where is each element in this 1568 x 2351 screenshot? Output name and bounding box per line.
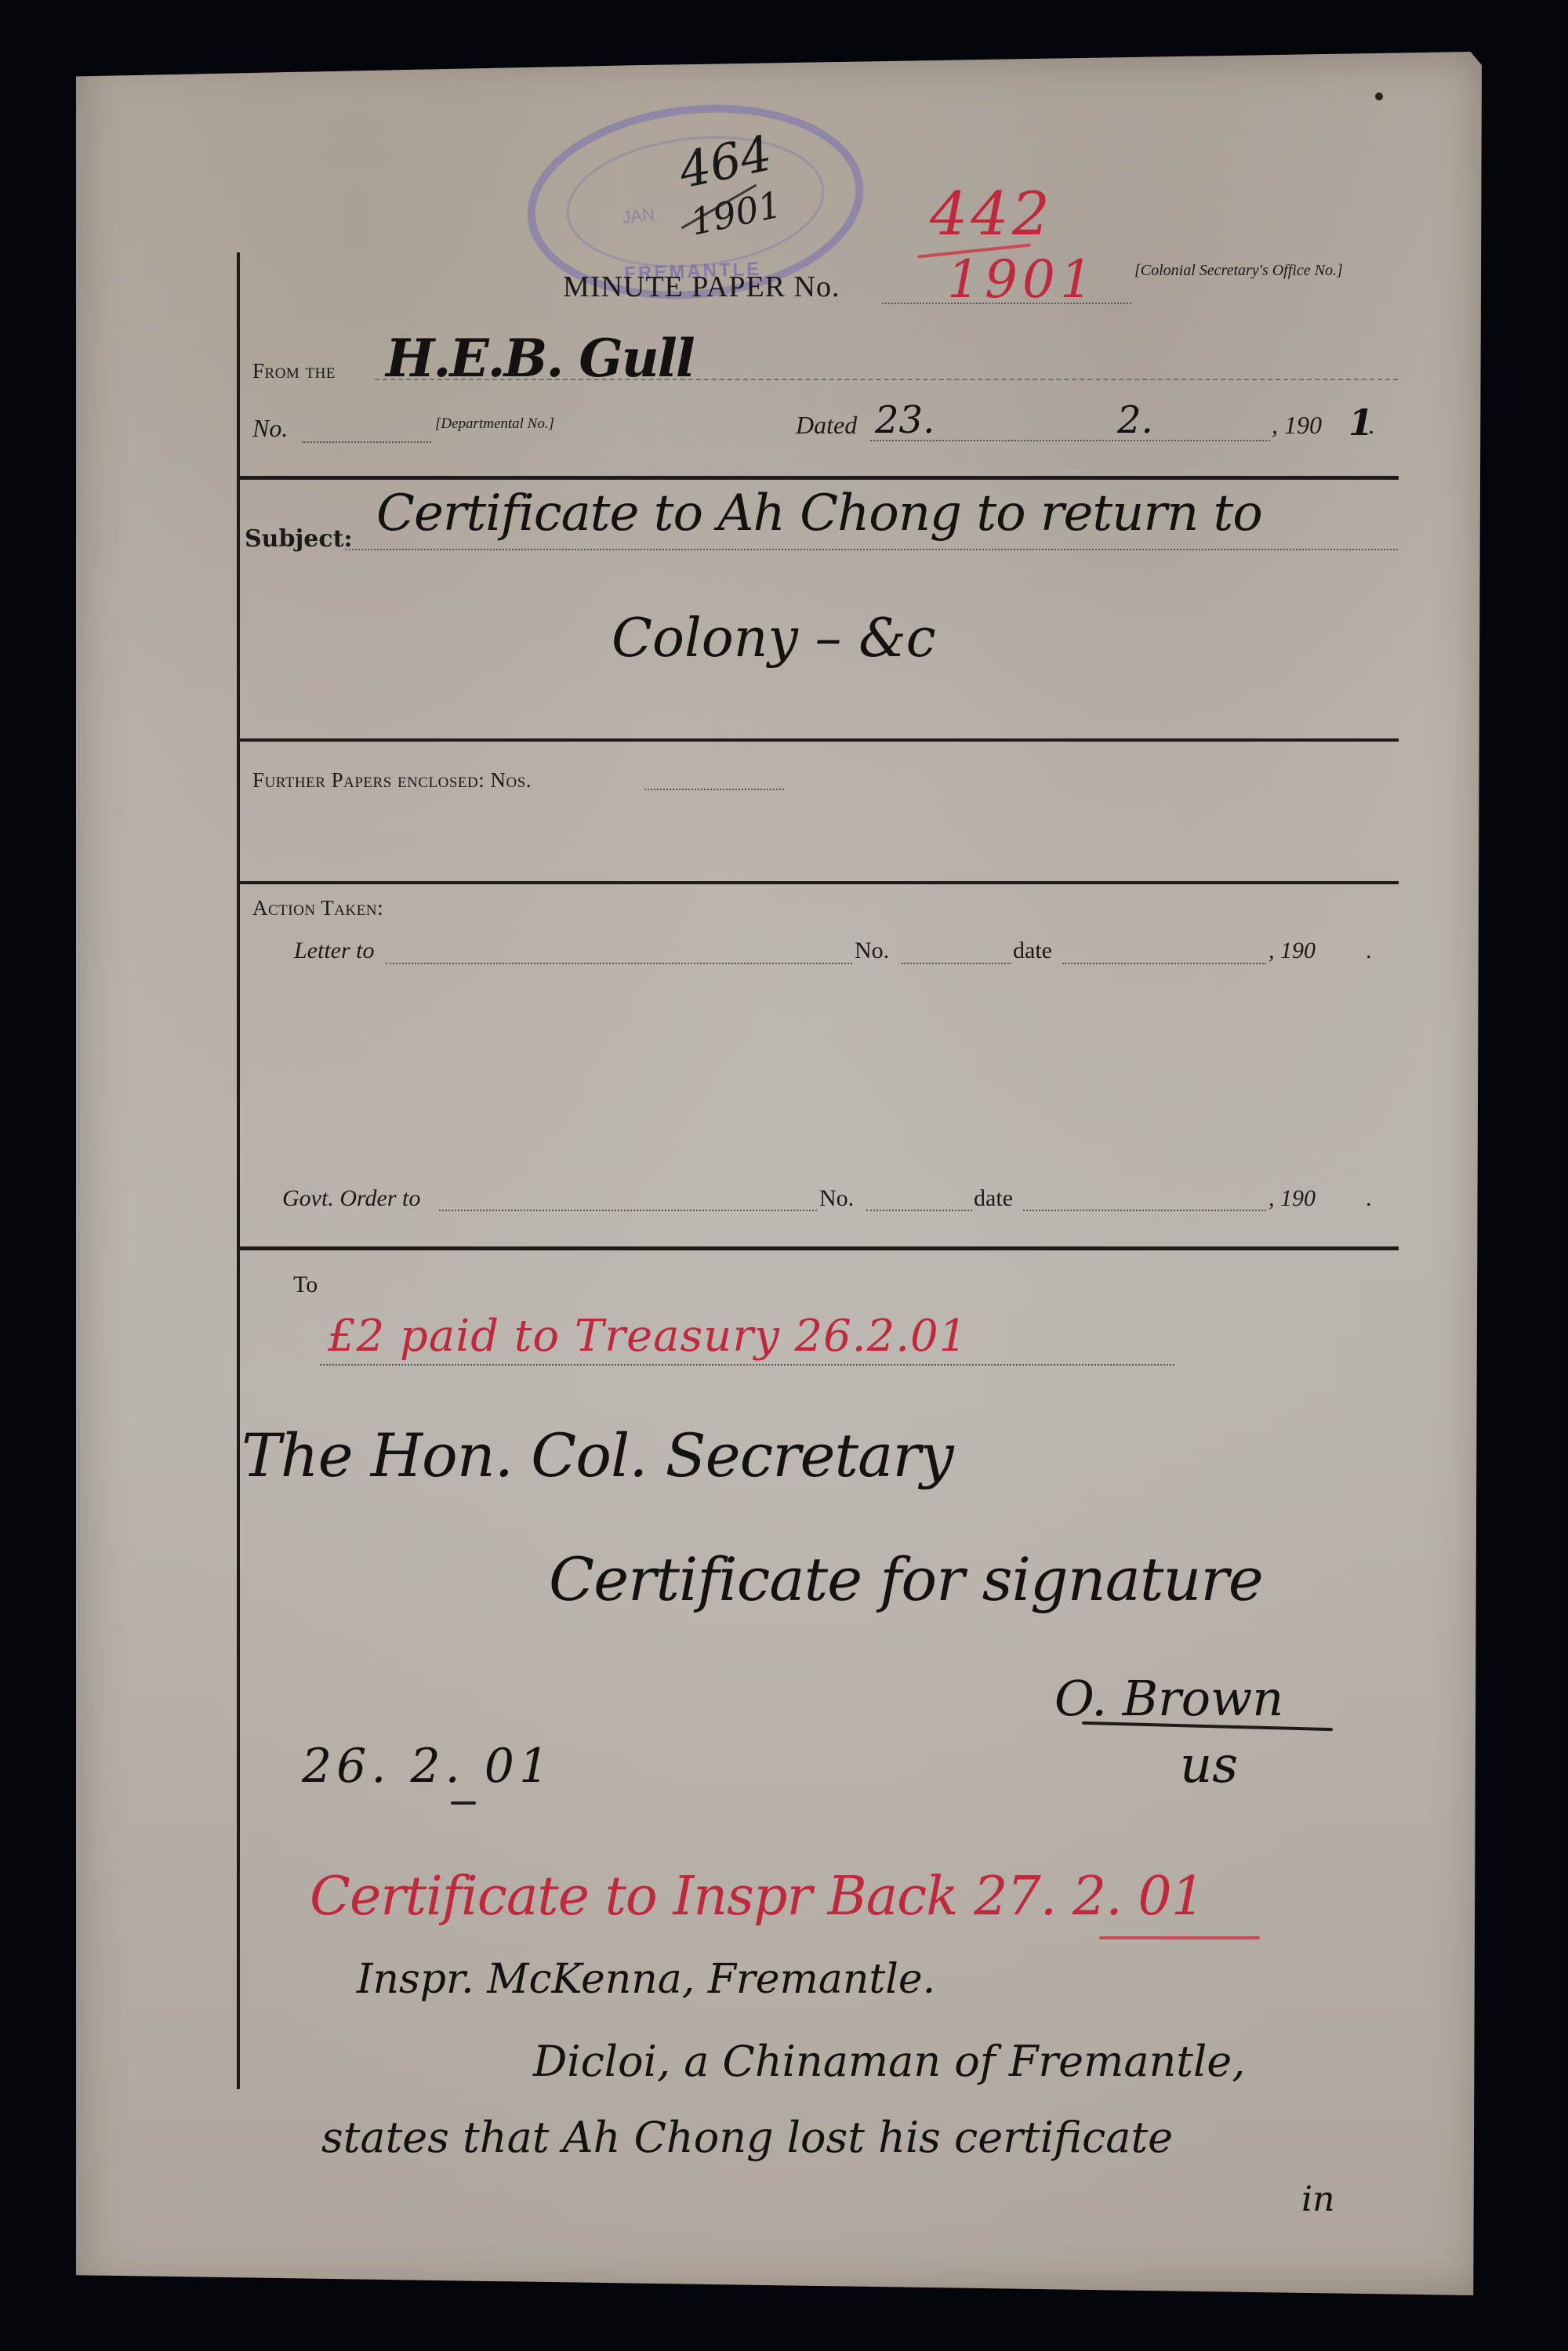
- stamp-center-text: JAN: [621, 205, 655, 228]
- to-dotted-line: [320, 1364, 1174, 1366]
- subject-label: Subject:: [245, 525, 353, 553]
- letter-body-line-2: states that Ah Chong lost his certificat…: [321, 2113, 1173, 2162]
- govt-no-dotted-line: [866, 1210, 972, 1211]
- letter-no-label: No.: [855, 938, 889, 964]
- officer-signature: O. Brown: [1054, 1670, 1283, 1727]
- return-date-underline: [1099, 1936, 1260, 1939]
- letter-addressee: Inspr. McKenna, Fremantle.: [357, 1956, 935, 2003]
- subject-line-2: Colony – &c: [612, 608, 936, 669]
- govt-period: .: [1366, 1185, 1372, 1212]
- dated-period: .: [1368, 411, 1374, 440]
- certificate-for-signature-note: Certificate for signature: [549, 1544, 1263, 1614]
- certificate-returned-note: Certificate to Inspr Back 27. 2. 01: [310, 1866, 1204, 1928]
- letter-to-label: Letter to: [294, 938, 375, 964]
- minute-date: 26. 2. 01: [302, 1739, 554, 1794]
- govt-date-dotted-line: [1023, 1210, 1266, 1211]
- govt-year: , 190: [1269, 1185, 1316, 1212]
- ink-speck: [1375, 93, 1383, 100]
- minute-number-bottom: 1901: [947, 249, 1098, 310]
- section-divider-to: [238, 1246, 1399, 1250]
- letter-no-dotted-line: [902, 963, 1011, 964]
- further-papers-label: Further Papers enclosed: Nos.: [252, 768, 532, 793]
- to-label: To: [293, 1272, 318, 1298]
- letter-continuation: in: [1301, 2179, 1334, 2219]
- subject-line-1: Certificate to Ah Chong to return to: [376, 484, 1262, 542]
- treasury-payment-note: £2 paid to Treasury 26.2.01: [328, 1311, 967, 1362]
- govt-date-label: date: [974, 1185, 1013, 1212]
- from-value: H.E.B. Gull: [386, 328, 694, 389]
- subject-dotted-line: [345, 549, 1398, 550]
- section-divider-subject: [238, 476, 1399, 480]
- dated-label: Dated: [796, 411, 857, 440]
- dated-year-prefix: , 190: [1272, 411, 1322, 440]
- letter-to-dotted-line: [386, 963, 852, 964]
- minute-date-underline: [451, 1801, 476, 1805]
- minute-paper-title: MINUTE PAPER No.: [563, 270, 840, 304]
- minute-number-top: 442: [930, 179, 1053, 249]
- govt-no-label: No.: [819, 1185, 854, 1212]
- left-margin-rule: [237, 252, 240, 2089]
- govt-order-label: Govt. Order to: [282, 1185, 420, 1212]
- initials: us: [1180, 1736, 1238, 1794]
- letter-period: .: [1366, 938, 1372, 964]
- letter-date-label: date: [1013, 938, 1052, 964]
- dated-day: 23.: [875, 398, 935, 442]
- departmental-no-dotted-line: [302, 441, 431, 443]
- govt-order-dotted-line: [439, 1210, 817, 1211]
- section-divider-action: [238, 881, 1399, 884]
- action-taken-label: Action Taken:: [252, 896, 383, 920]
- further-papers-dotted-line: [644, 789, 784, 790]
- departmental-no-label: No.: [252, 414, 288, 443]
- addressee-col-secretary: The Hon. Col. Secretary: [241, 1420, 953, 1490]
- letter-date-dotted-line: [1062, 963, 1266, 964]
- letter-body-line-1: Dicloi, a Chinaman of Fremantle,: [533, 2037, 1245, 2086]
- from-label: From the: [252, 359, 336, 383]
- letter-year: , 190: [1269, 938, 1316, 964]
- departmental-no-caption: [Departmental No.]: [435, 415, 554, 433]
- section-divider-further-papers: [238, 738, 1399, 742]
- colonial-secretary-office-caption: [Colonial Secretary's Office No.]: [1134, 262, 1343, 280]
- dated-month: 2.: [1117, 398, 1153, 442]
